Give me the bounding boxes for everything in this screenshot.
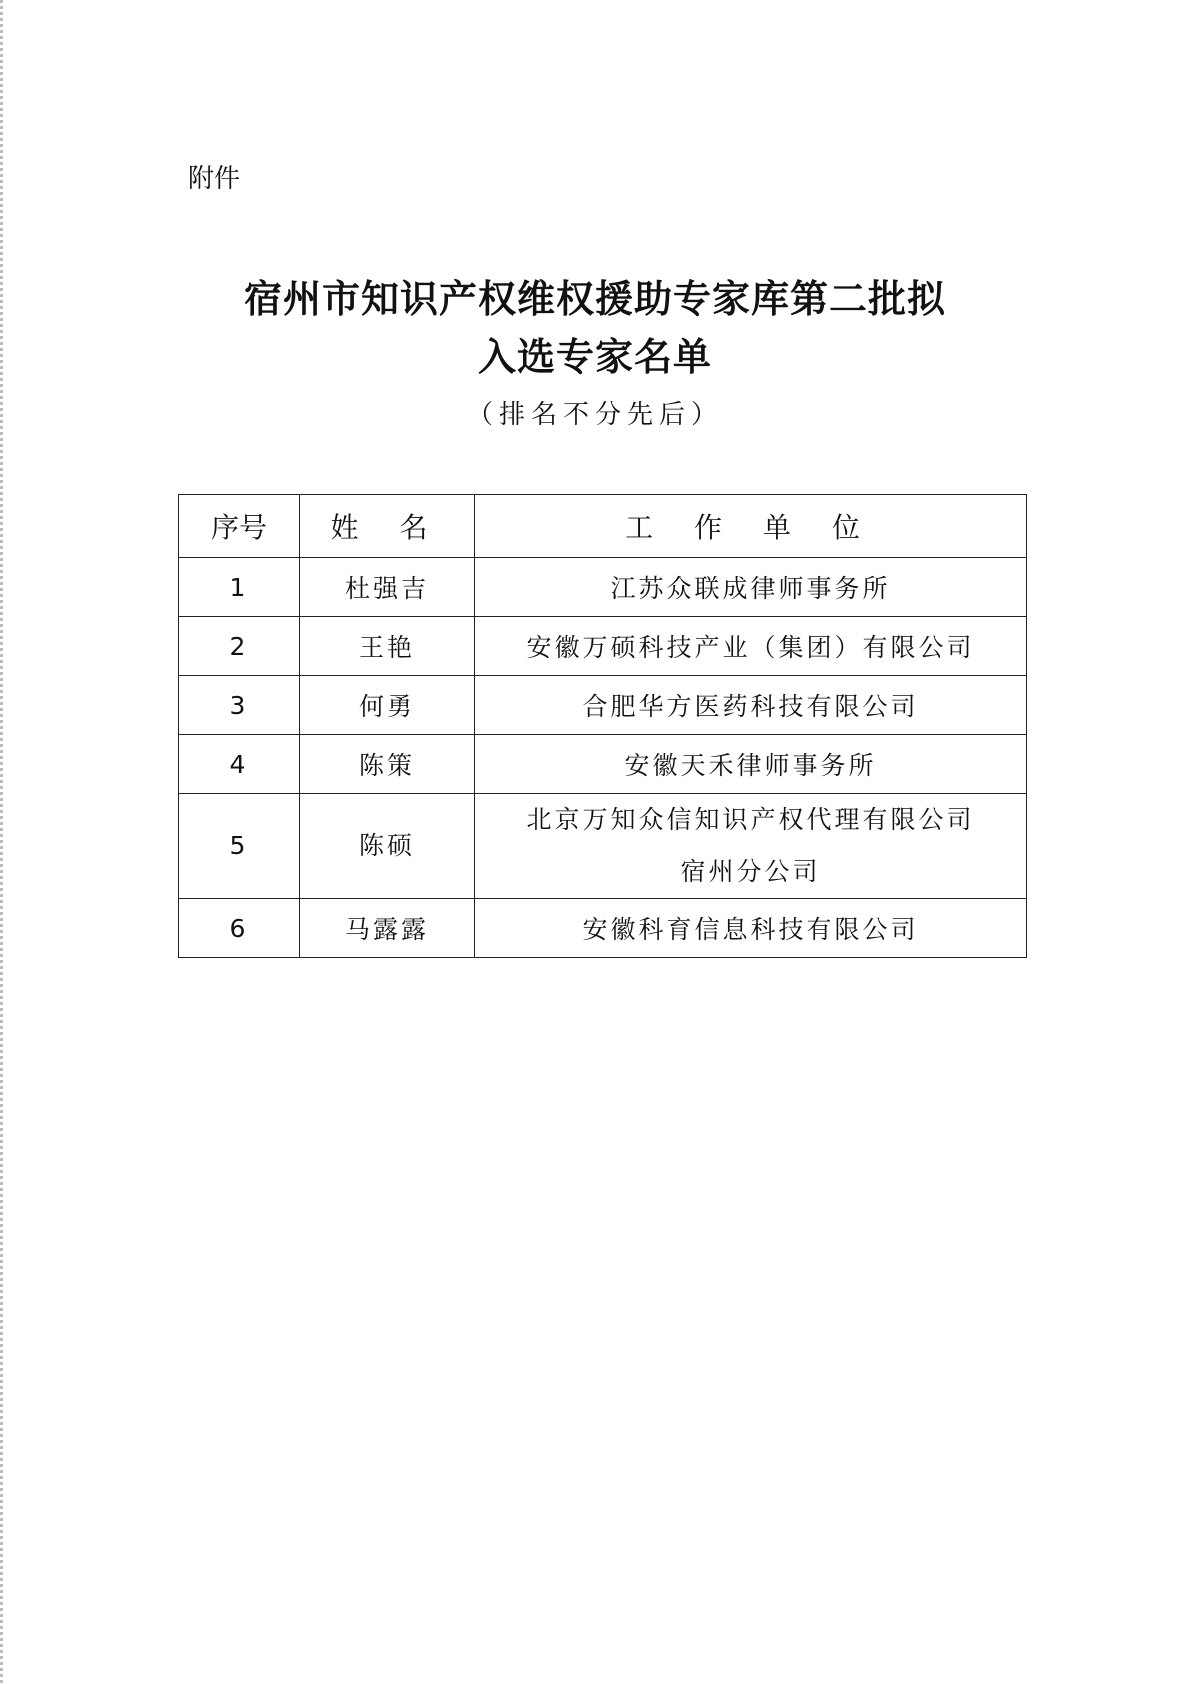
scan-edge <box>0 0 3 1684</box>
cell-no: 4 <box>179 735 300 794</box>
table-row: 1 杜强吉 江苏众联成律师事务所 <box>179 558 1027 617</box>
cell-org-line1: 北京万知众信知识产权代理有限公司 <box>479 794 1022 846</box>
cell-no: 6 <box>179 899 300 958</box>
table-row: 3 何勇 合肥华方医药科技有限公司 <box>179 676 1027 735</box>
table-row: 4 陈策 安徽天禾律师事务所 <box>179 735 1027 794</box>
cell-org-line2: 宿州分公司 <box>479 846 1022 898</box>
header-org-label: 工 作 单 位 <box>625 511 876 544</box>
cell-org: 北京万知众信知识产权代理有限公司 宿州分公司 <box>475 794 1027 899</box>
cell-name: 何勇 <box>300 676 475 735</box>
cell-org: 安徽科育信息科技有限公司 <box>475 899 1027 958</box>
table-row: 5 陈硕 北京万知众信知识产权代理有限公司 宿州分公司 <box>179 794 1027 899</box>
cell-no: 1 <box>179 558 300 617</box>
attachment-label: 附件 <box>188 158 240 195</box>
cell-name: 杜强吉 <box>300 558 475 617</box>
cell-name: 陈硕 <box>300 794 475 899</box>
cell-name: 马露露 <box>300 899 475 958</box>
cell-name: 陈策 <box>300 735 475 794</box>
cell-org: 安徽天禾律师事务所 <box>475 735 1027 794</box>
header-name-label: 姓 名 <box>331 511 444 544</box>
cell-no: 2 <box>179 617 300 676</box>
header-org: 工 作 单 位 <box>475 495 1027 558</box>
cell-no: 3 <box>179 676 300 735</box>
table-row: 6 马露露 安徽科育信息科技有限公司 <box>179 899 1027 958</box>
document-title-line2: 入选专家名单 <box>0 326 1190 381</box>
cell-org: 合肥华方医药科技有限公司 <box>475 676 1027 735</box>
cell-org: 江苏众联成律师事务所 <box>475 558 1027 617</box>
expert-table: 序号 姓 名 工 作 单 位 1 杜强吉 江苏众联成律师事务所 2 王艳 安徽万… <box>178 494 1027 958</box>
document-subtitle: （排名不分先后） <box>0 394 1190 431</box>
header-serial: 序号 <box>179 495 300 558</box>
document-title-line1: 宿州市知识产权维权援助专家库第二批拟 <box>0 268 1190 323</box>
header-name: 姓 名 <box>300 495 475 558</box>
cell-no: 5 <box>179 794 300 899</box>
cell-name: 王艳 <box>300 617 475 676</box>
table-row: 2 王艳 安徽万硕科技产业（集团）有限公司 <box>179 617 1027 676</box>
cell-org: 安徽万硕科技产业（集团）有限公司 <box>475 617 1027 676</box>
table-header-row: 序号 姓 名 工 作 单 位 <box>179 495 1027 558</box>
